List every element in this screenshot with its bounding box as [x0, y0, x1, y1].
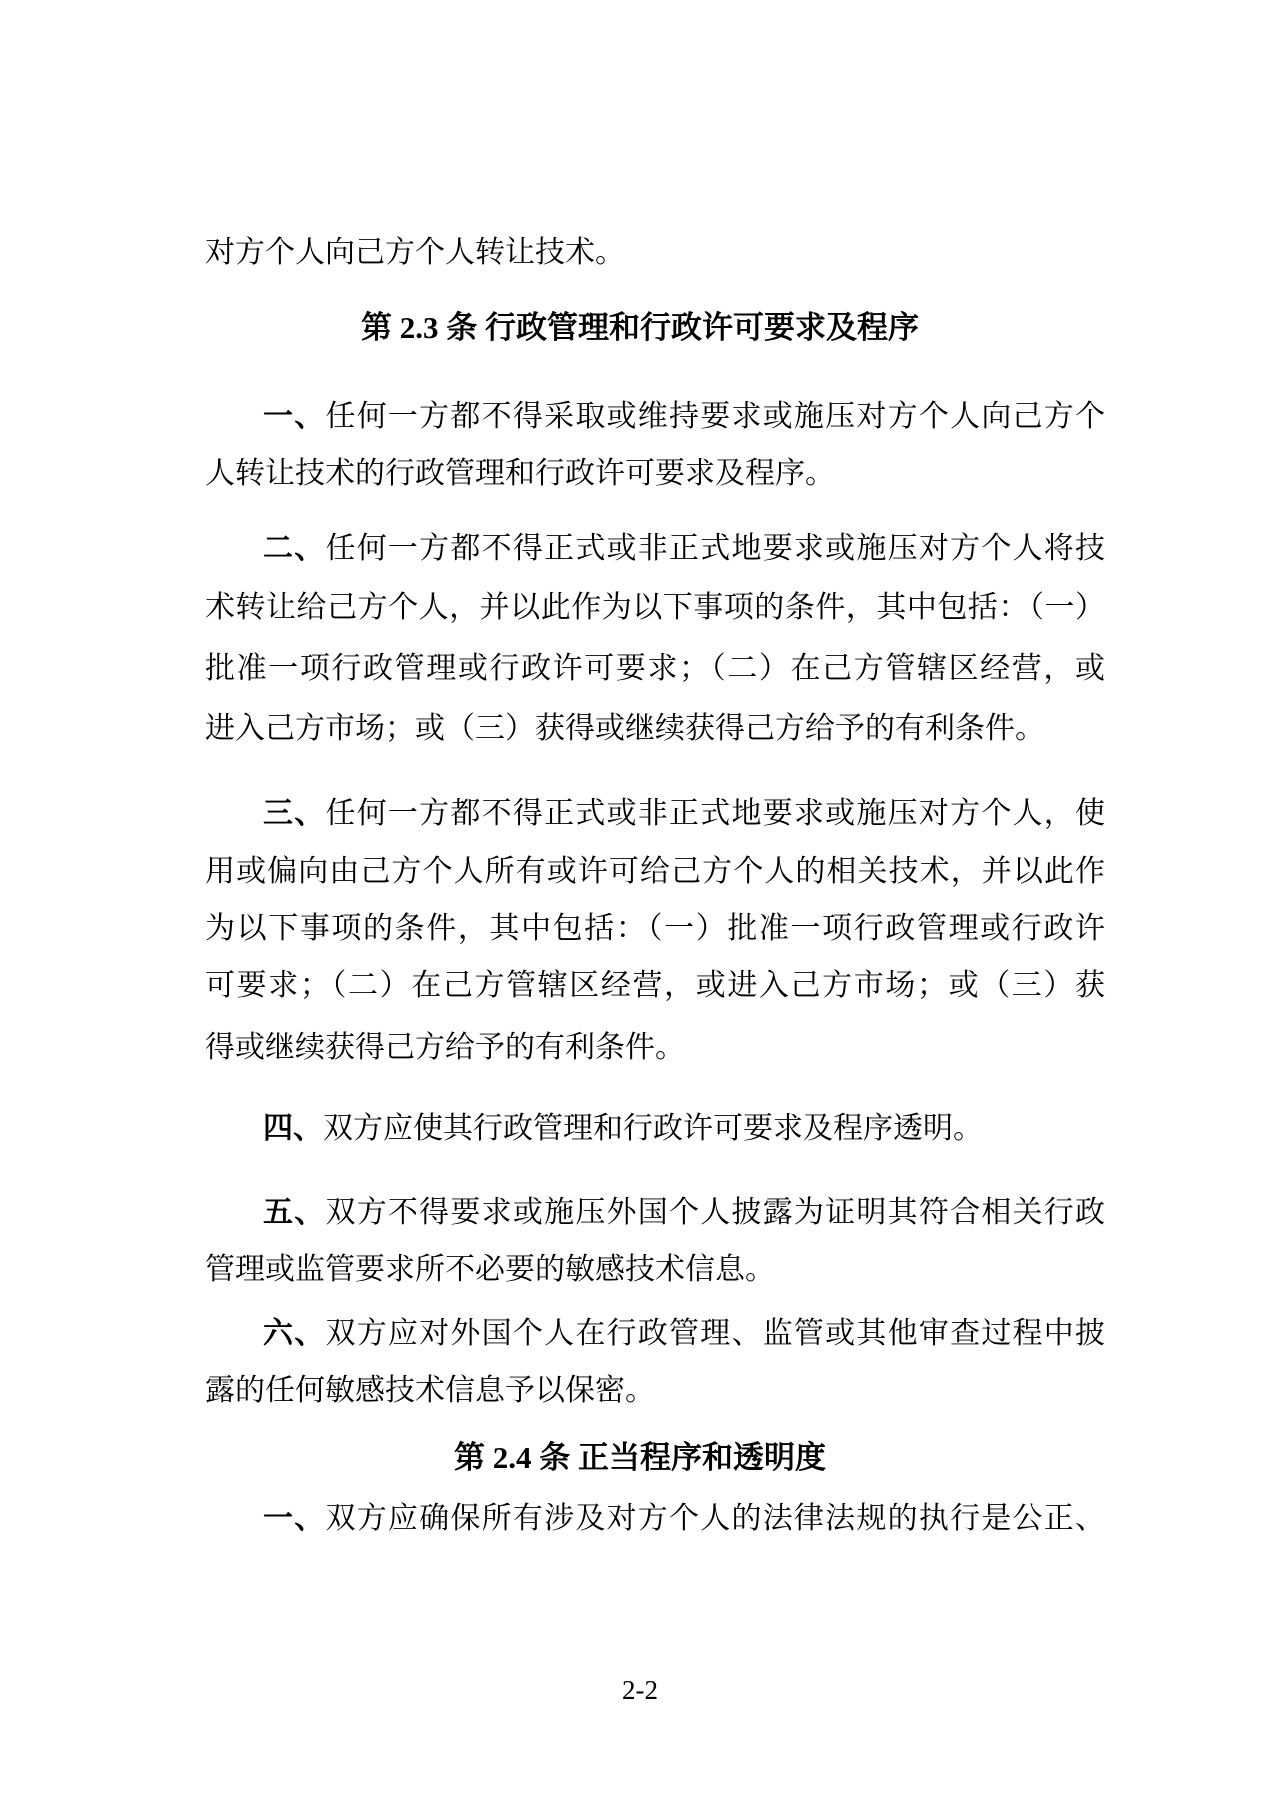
line-text: 露的任何敏感技术信息予以保密。: [205, 1374, 655, 1407]
line-text: 为以下事项的条件，其中包括：（一）批准一项行政管理或行政许: [205, 912, 1105, 945]
line-text: 双方不得要求或施压外国个人披露为证明其符合相关行政: [325, 1196, 1105, 1229]
line-text: 任何一方都不得正式或非正式地要求或施压对方个人将技: [325, 532, 1105, 565]
paragraph-first-line: 四、双方应使其行政管理和行政许可要求及程序透明。: [263, 1112, 1105, 1146]
line-text: 可要求；（二）在己方管辖区经营，或进入己方市场；或（三）获: [205, 969, 1105, 1002]
line-text: 对方个人向己方个人转让技术。: [205, 236, 625, 269]
document-page: 对方个人向己方个人转让技术。 第 2.3 条 行政管理和行政许可要求及程序 一、…: [0, 0, 1280, 1810]
line-text: 双方应对外国个人在行政管理、监管或其他审查过程中披: [325, 1317, 1105, 1350]
paragraph-line: 人转让技术的行政管理和行政许可要求及程序。: [205, 457, 1105, 491]
section-2-3-heading: 第 2.3 条 行政管理和行政许可要求及程序: [0, 310, 1280, 346]
paragraph-first-line: 一、双方应确保所有涉及对方个人的法律法规的执行是公正、: [263, 1502, 1105, 1536]
line-text: 用或偏向由己方个人所有或许可给己方个人的相关技术，并以此作: [205, 855, 1105, 888]
paragraph-line: 术转让给己方个人，并以此作为以下事项的条件，其中包括：（一）: [205, 591, 1105, 625]
list-marker: 五、: [263, 1196, 325, 1229]
line-text: 双方应使其行政管理和行政许可要求及程序透明。: [323, 1112, 983, 1145]
line-text: 人转让技术的行政管理和行政许可要求及程序。: [205, 457, 835, 490]
paragraph-line: 为以下事项的条件，其中包括：（一）批准一项行政管理或行政许: [205, 912, 1105, 946]
section-2-4-heading: 第 2.4 条 正当程序和透明度: [0, 1440, 1280, 1476]
paragraph-first-line: 五、双方不得要求或施压外国个人披露为证明其符合相关行政: [263, 1196, 1105, 1230]
paragraph-line: 批准一项行政管理或行政许可要求；（二）在己方管辖区经营，或: [205, 652, 1105, 686]
line-text: 得或继续获得己方给予的有利条件。: [205, 1031, 685, 1064]
page-number: 2-2: [0, 1675, 1280, 1705]
line-text: 管理或监管要求所不必要的敏感技术信息。: [205, 1253, 775, 1286]
paragraph-first-line: 六、双方应对外国个人在行政管理、监管或其他审查过程中披: [263, 1317, 1105, 1351]
line-text: 任何一方都不得采取或维持要求或施压对方个人向己方个: [325, 400, 1105, 433]
paragraph-line: 管理或监管要求所不必要的敏感技术信息。: [205, 1253, 1105, 1287]
paragraph-line: 得或继续获得己方给予的有利条件。: [205, 1031, 1105, 1065]
line-text: 任何一方都不得正式或非正式地要求或施压对方个人，使: [325, 797, 1105, 830]
list-marker: 二、: [263, 532, 325, 565]
line-text: 进入己方市场；或（三）获得或继续获得己方给予的有利条件。: [205, 712, 1045, 745]
paragraph-first-line: 一、任何一方都不得采取或维持要求或施压对方个人向己方个: [263, 400, 1105, 434]
list-marker: 三、: [263, 797, 325, 830]
paragraph-first-line: 三、任何一方都不得正式或非正式地要求或施压对方个人，使: [263, 797, 1105, 831]
continuation-line: 对方个人向己方个人转让技术。: [205, 236, 1105, 270]
paragraph-line: 可要求；（二）在己方管辖区经营，或进入己方市场；或（三）获: [205, 969, 1105, 1003]
paragraph-line: 用或偏向由己方个人所有或许可给己方个人的相关技术，并以此作: [205, 855, 1105, 889]
line-text: 双方应确保所有涉及对方个人的法律法规的执行是公正、: [325, 1502, 1105, 1535]
list-marker: 一、: [263, 400, 325, 433]
list-marker: 一、: [263, 1502, 325, 1535]
list-marker: 四、: [263, 1112, 323, 1145]
paragraph-line: 露的任何敏感技术信息予以保密。: [205, 1374, 1105, 1408]
line-text: 术转让给己方个人，并以此作为以下事项的条件，其中包括：（一）: [205, 591, 1105, 624]
list-marker: 六、: [263, 1317, 325, 1350]
paragraph-line: 进入己方市场；或（三）获得或继续获得己方给予的有利条件。: [205, 712, 1105, 746]
paragraph-first-line: 二、任何一方都不得正式或非正式地要求或施压对方个人将技: [263, 532, 1105, 566]
line-text: 批准一项行政管理或行政许可要求；（二）在己方管辖区经营，或: [205, 652, 1105, 685]
